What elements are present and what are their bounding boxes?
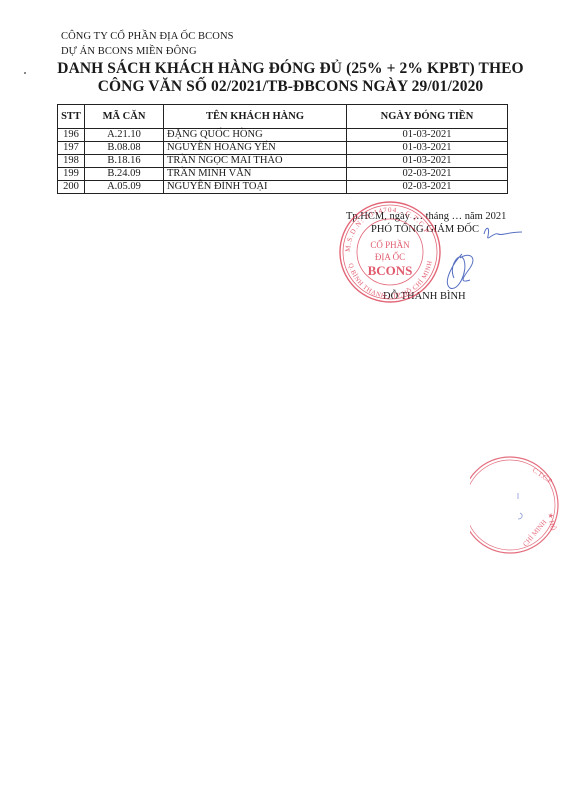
project-name: DỰ ÁN BCONS MIỀN ĐÔNG: [61, 46, 197, 57]
table-row: 198B.18.16TRẦN NGỌC MAI THẢO01-03-2021: [58, 155, 508, 168]
cell-ngay-dong-tien: 02-03-2021: [347, 168, 508, 181]
svg-text:★ HỒ: ★ HỒ: [546, 512, 557, 531]
cell-stt: 199: [58, 168, 85, 181]
cell-stt: 200: [58, 181, 85, 194]
cell-ma-can: B.08.08: [85, 142, 164, 155]
col-header-ten-khach-hang: TÊN KHÁCH HÀNG: [164, 105, 347, 129]
signature-icon: [398, 222, 528, 307]
col-header-ngay-dong-tien: NGÀY ĐÓNG TIỀN: [347, 105, 508, 129]
table-row: 200A.05.09NGUYỄN ĐÌNH TOẠI02-03-2021: [58, 181, 508, 194]
cell-ma-can: A.21.10: [85, 129, 164, 142]
table-row: 197B.08.08NGUYỄN HOÀNG YẾN01-03-2021: [58, 142, 508, 155]
cell-stt: 197: [58, 142, 85, 155]
document-title-line2: CÔNG VĂN SỐ 02/2021/TB-ĐBCONS NGÀY 29/01…: [8, 78, 565, 96]
cell-ten-khach-hang: NGUYỄN ĐÌNH TOẠI: [164, 181, 347, 194]
cell-ten-khach-hang: TRẦN MINH VĂN: [164, 168, 347, 181]
document-title-line1: DANH SÁCH KHÁCH HÀNG ĐÓNG ĐỦ (25% + 2% K…: [8, 60, 565, 78]
customer-table: STT MÃ CĂN TÊN KHÁCH HÀNG NGÀY ĐÓNG TIỀN…: [57, 104, 508, 194]
cell-ten-khach-hang: ĐẶNG QUỐC HỒNG: [164, 129, 347, 142]
company-name: CÔNG TY CỔ PHẦN ĐỊA ỐC BCONS: [61, 31, 234, 42]
cell-ma-can: B.18.16: [85, 155, 164, 168]
cell-ten-khach-hang: TRẦN NGỌC MAI THẢO: [164, 155, 347, 168]
table-header-row: STT MÃ CĂN TÊN KHÁCH HÀNG NGÀY ĐÓNG TIỀN: [58, 105, 508, 129]
col-header-stt: STT: [58, 105, 85, 129]
cell-ngay-dong-tien: 01-03-2021: [347, 155, 508, 168]
edge-seal-stamp: C.T.C.P ★ HỒ CHÍ MINH: [470, 455, 565, 555]
cell-ma-can: B.24.09: [85, 168, 164, 181]
cell-stt: 196: [58, 129, 85, 142]
cell-ngay-dong-tien: 02-03-2021: [347, 181, 508, 194]
table-row: 196A.21.10ĐẶNG QUỐC HỒNG01-03-2021: [58, 129, 508, 142]
table-row: 199B.24.09TRẦN MINH VĂN02-03-2021: [58, 168, 508, 181]
cell-ngay-dong-tien: 01-03-2021: [347, 129, 508, 142]
cell-ten-khach-hang: NGUYỄN HOÀNG YẾN: [164, 142, 347, 155]
cell-ngay-dong-tien: 01-03-2021: [347, 142, 508, 155]
col-header-ma-can: MÃ CĂN: [85, 105, 164, 129]
cell-ma-can: A.05.09: [85, 181, 164, 194]
svg-text:CHÍ MINH: CHÍ MINH: [521, 518, 548, 548]
cell-stt: 198: [58, 155, 85, 168]
